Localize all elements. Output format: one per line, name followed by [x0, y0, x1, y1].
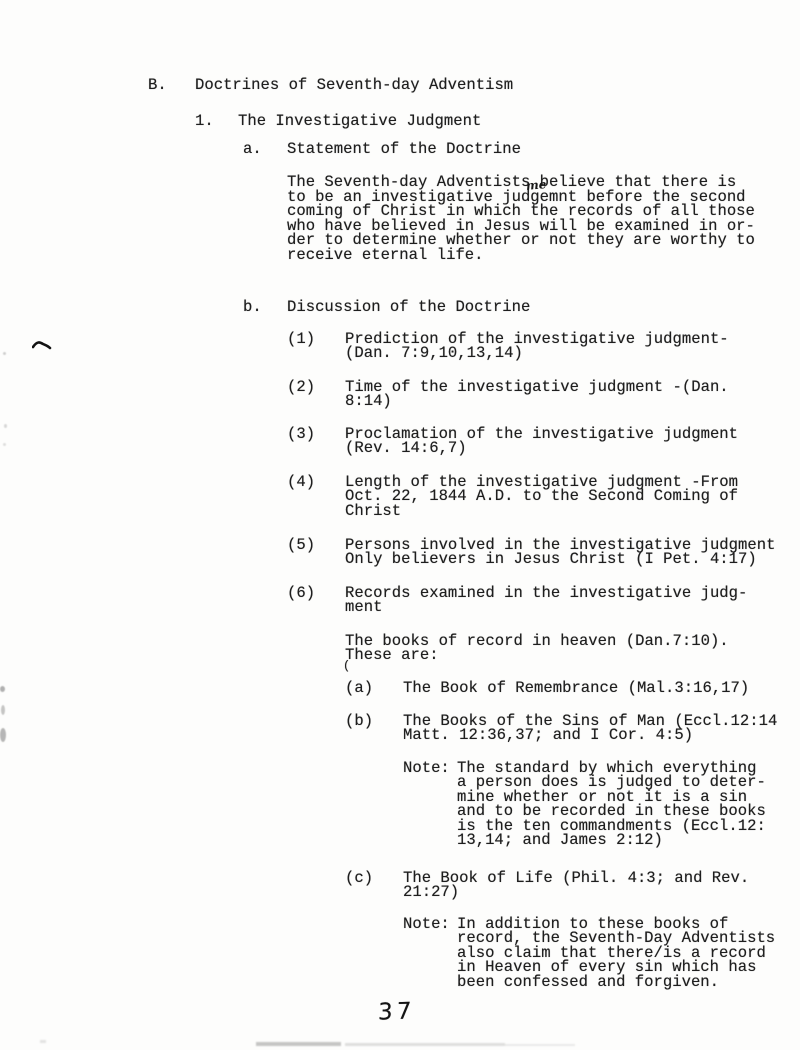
book-item-line: 21:27)	[403, 885, 459, 900]
book-item-line: Matt. 12:36,37; and I Cor. 4:5)	[403, 728, 693, 743]
item-line: Christ	[345, 504, 401, 519]
scan-smudge	[0, 728, 6, 742]
item-line: (Dan. 7:9,10,13,14)	[345, 346, 523, 361]
margin-pen-mark	[32, 339, 52, 351]
sub-section-marker: 1.	[195, 114, 214, 129]
point-b-title: Discussion of the Doctrine	[287, 300, 530, 315]
book-item-line: The Book of Remembrance (Mal.3:16,17)	[403, 681, 749, 696]
item-marker: (6)	[287, 586, 315, 601]
note-line: 13,14; and James 2:12)	[457, 833, 663, 848]
scan-smudge	[1, 705, 5, 715]
note-label: Note:	[403, 917, 450, 932]
item-marker: (4)	[287, 475, 315, 490]
sub-section-title: The Investigative Judgment	[238, 114, 481, 129]
scan-streak	[256, 1042, 341, 1046]
point-a-marker: a.	[243, 142, 262, 157]
item-marker: (3)	[287, 427, 315, 442]
scan-streak	[40, 1040, 46, 1043]
item-marker: (5)	[287, 538, 315, 553]
point-b-marker: b.	[243, 300, 262, 315]
item-line: Time of the investigative judgment -(Dan…	[345, 380, 729, 395]
book-item-marker: (a)	[345, 681, 373, 696]
note-label: Note:	[403, 761, 450, 776]
item-line: Oct. 22, 1844 A.D. to the Second Coming …	[345, 489, 738, 504]
statement-line: receive eternal life.	[287, 248, 484, 263]
scan-streak	[345, 1043, 505, 1046]
section-marker: B.	[148, 78, 167, 93]
book-item-marker: (c)	[345, 871, 373, 886]
typed-correction: me	[526, 178, 547, 192]
item-line: ment	[345, 600, 382, 615]
books-intro-line: These are:	[345, 648, 439, 663]
item-marker: (2)	[287, 380, 315, 395]
item-line: Records examined in the investigative ju…	[345, 586, 747, 601]
scan-smudge	[0, 686, 5, 692]
scan-smudge	[3, 443, 6, 446]
section-title: Doctrines of Seventh-day Adventism	[195, 78, 513, 93]
point-a-title: Statement of the Doctrine	[287, 142, 521, 157]
scan-smudge	[3, 352, 6, 355]
item-line: Only believers in Jesus Christ (I Pet. 4…	[345, 552, 757, 567]
item-line: 8:14)	[345, 394, 392, 409]
item-line: (Rev. 14:6,7)	[345, 441, 467, 456]
item-marker: (1)	[287, 332, 315, 347]
typewritten-page: B. Doctrines of Seventh-day Adventism 1.…	[0, 0, 800, 1050]
note-line: been confessed and forgiven.	[457, 975, 719, 990]
scan-streak	[505, 1044, 575, 1046]
scan-smudge	[4, 424, 7, 428]
page-number: 37	[378, 999, 416, 1024]
stray-typed-mark: (	[343, 659, 350, 674]
book-item-marker: (b)	[345, 714, 373, 729]
